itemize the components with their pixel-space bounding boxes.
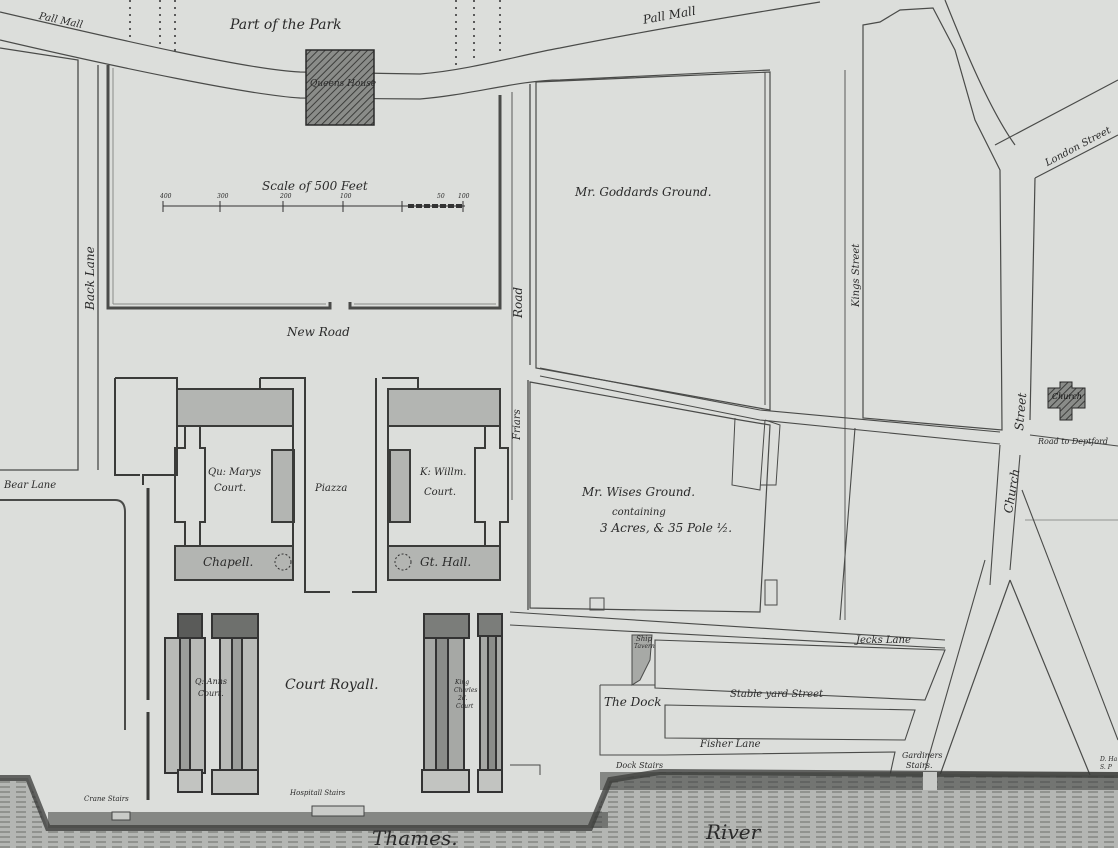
map-drawing bbox=[0, 0, 1118, 848]
label-new-road: New Road bbox=[287, 326, 350, 338]
label-road: Road bbox=[512, 287, 524, 318]
label-chapell: Chapell. bbox=[203, 556, 253, 568]
label-road-to-deptford: Road to Deptford bbox=[1038, 438, 1108, 446]
label-hospital-stairs: Hospitall Stairs bbox=[290, 790, 345, 797]
label-king-charles-court-1: King bbox=[455, 680, 469, 686]
label-ship-tavern-2: Tavern bbox=[634, 644, 655, 650]
label-part-of-the-park: Part of the Park bbox=[230, 18, 342, 32]
scale-tick-100: 100 bbox=[340, 194, 351, 200]
label-river: River bbox=[706, 822, 760, 842]
label-king-charles-court-4: Court bbox=[456, 704, 473, 710]
label-great-hall: Gt. Hall. bbox=[420, 556, 471, 568]
label-right-edge-2: S. P bbox=[1100, 765, 1112, 771]
label-gardiners-stairs-1: Gardiners bbox=[902, 752, 942, 760]
label-wises-ground: Mr. Wises Ground. bbox=[582, 486, 695, 498]
label-stable-yard-street: Stable yard Street bbox=[730, 690, 823, 700]
label-right-edge-1: D. Ha bbox=[1100, 757, 1117, 763]
scale-tick-50: 50 bbox=[437, 194, 445, 200]
label-the-dock: The Dock bbox=[604, 696, 662, 708]
label-king-charles-court-3: 2d. bbox=[458, 696, 468, 702]
label-church-street-2: Street bbox=[1013, 392, 1028, 431]
scale-tick-300: 300 bbox=[217, 194, 228, 200]
label-ship-tavern-1: Ship bbox=[636, 636, 652, 643]
scale-tick-0: 100 bbox=[458, 194, 469, 200]
historical-map: Pall Mall Part of the Park Queens House … bbox=[0, 0, 1118, 848]
label-king-williams-court-2: Court. bbox=[424, 488, 456, 498]
label-court-royall: Court Royall. bbox=[285, 678, 379, 692]
label-wises-area: 3 Acres, & 35 Pole ½. bbox=[600, 522, 732, 534]
label-bear-lane: Bear Lane bbox=[4, 481, 56, 491]
label-queen-marys-court-2: Court. bbox=[214, 484, 246, 494]
scale-tick-200: 200 bbox=[280, 194, 291, 200]
label-king-charles-court-2: Charles bbox=[454, 688, 477, 694]
label-queen-annes-court-2: Court. bbox=[198, 690, 224, 698]
label-gardiners-stairs-2: Stairs. bbox=[906, 762, 933, 770]
label-fisher-lane: Fisher Lane bbox=[700, 740, 761, 750]
label-queen-marys-court-1: Qu: Marys bbox=[208, 468, 261, 478]
label-queen-annes-court-1: Q: Anns bbox=[195, 678, 227, 686]
scale-tick-400: 400 bbox=[160, 194, 171, 200]
label-queens-house: Queens House bbox=[310, 80, 376, 89]
label-dock-stairs: Dock Stairs bbox=[616, 762, 663, 770]
label-piazza: Piazza bbox=[315, 484, 347, 494]
label-crane-stairs: Crane Stairs bbox=[84, 796, 129, 803]
label-king-williams-court-1: K: Willm. bbox=[420, 468, 466, 478]
label-kings-street: Kings Street bbox=[852, 244, 862, 307]
label-thames: Thames. bbox=[372, 828, 458, 848]
label-jecks-lane: Jecks Lane bbox=[856, 636, 911, 646]
label-church: Church bbox=[1052, 393, 1082, 401]
label-back-lane: Back Lane bbox=[84, 246, 96, 310]
scale-title: Scale of 500 Feet bbox=[262, 180, 368, 192]
label-friars: Friars bbox=[513, 409, 523, 440]
label-goddards-ground: Mr. Goddards Ground. bbox=[575, 186, 712, 198]
label-wises-containing: containing bbox=[612, 508, 666, 518]
